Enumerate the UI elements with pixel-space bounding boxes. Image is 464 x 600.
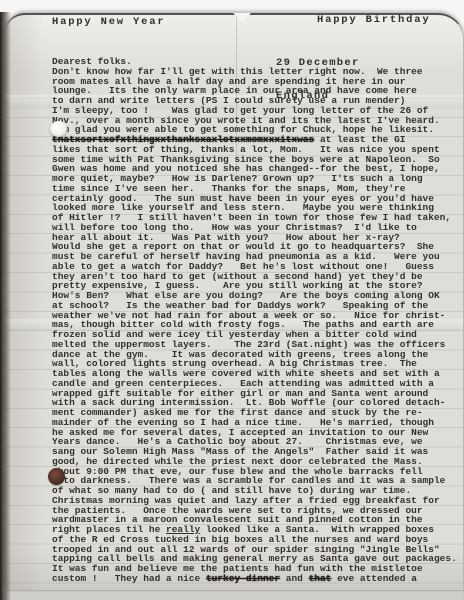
greeting-happy-new-year: Happy New Year	[52, 16, 165, 28]
letter-line: custom ! They had a nice turkey dinner a…	[52, 574, 457, 584]
strike-text-segment: that	[309, 573, 332, 584]
greeting-happy-birthday: Happy Birthday	[317, 14, 430, 26]
punch-hole-top	[50, 121, 67, 137]
text-segment: custom ! They had a nice	[52, 573, 206, 584]
scan-edge-shadow	[0, 12, 11, 600]
letter-body: Dearest folks.Don't know how far I'll ge…	[52, 57, 457, 584]
paper-bottom-edge	[5, 590, 464, 600]
scanned-letter: Happy New Year Happy Birthday 29 Decembe…	[0, 0, 464, 600]
strike-text-segment: turkey dinner	[206, 573, 280, 584]
text-segment: and	[280, 573, 309, 584]
text-segment: eve attended a	[331, 573, 417, 584]
punch-hole-bottom	[48, 468, 65, 485]
